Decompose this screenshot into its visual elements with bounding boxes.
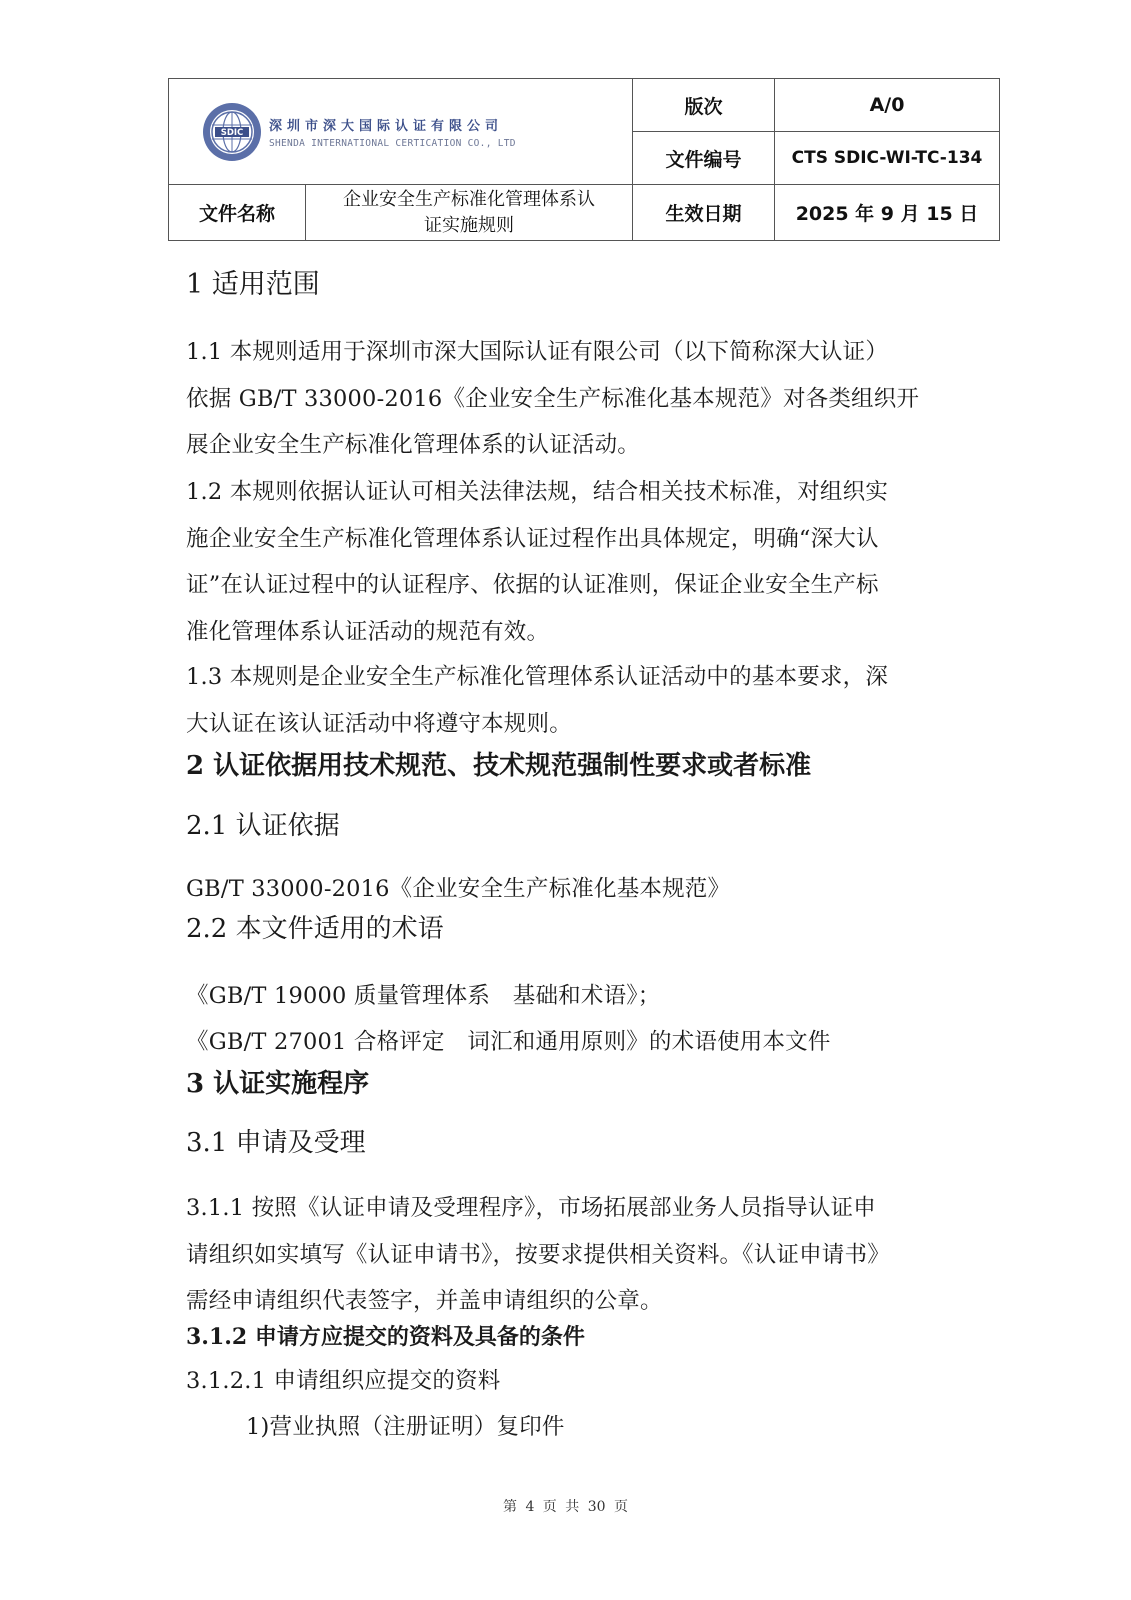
text-line: 证”在认证过程中的认证程序、依据的认证准则，保证企业安全生产标 [186, 562, 986, 609]
text-line: 准化管理体系认证活动的规范有效。 [186, 609, 986, 656]
section-3-1-heading: 3.1 申请及受理 [186, 1122, 986, 1159]
doc-name-value: 企业安全生产标准化管理体系认 证实施规则 [306, 185, 633, 241]
version-label: 版次 [633, 79, 775, 132]
section-1-heading: 1 适用范围 [186, 262, 986, 301]
doc-name-line-1: 企业安全生产标准化管理体系认 [306, 187, 632, 213]
section-2-heading: 2 认证依据用技术规范、技术规范强制性要求或者标准 [186, 745, 986, 782]
paragraph-1-3: 1.3 本规则是企业安全生产标准化管理体系认证活动中的基本要求，深 大认证在该认… [186, 654, 986, 747]
paragraph-1-2: 1.2 本规则依据认证认可相关法律法规，结合相关技术标准，对组织实 施企业安全生… [186, 469, 986, 655]
globe-emblem-icon: SDIC [201, 101, 263, 163]
text-line: 1.3 本规则是企业安全生产标准化管理体系认证活动中的基本要求，深 [186, 654, 986, 701]
version-value: A/0 [775, 79, 1000, 132]
effective-date-label: 生效日期 [633, 185, 775, 241]
section-3-1-2-1-text: 3.1.2.1 申请组织应提交的资料 [186, 1358, 986, 1405]
text-line: 施企业安全生产标准化管理体系认证过程作出具体规定，明确“深大认 [186, 516, 986, 563]
text-line: 1.2 本规则依据认证认可相关法律法规，结合相关技术标准，对组织实 [186, 469, 986, 516]
effective-date-value: 2025 年 9 月 15 日 [775, 185, 1000, 241]
doc-name-label: 文件名称 [169, 185, 306, 241]
text-line: 需经申请组织代表签字，并盖申请组织的公章。 [186, 1278, 986, 1325]
company-logo-cell: SDIC 深圳市深大国际认证有限公司 SHENDA INTERNATIONAL … [169, 79, 633, 185]
term-reference-1: 《GB/T 19000 质量管理体系 基础和术语》； [186, 973, 986, 1020]
doc-number-label: 文件编号 [633, 132, 775, 185]
paragraph-3-1-1: 3.1.1 按照《认证申请及受理程序》，市场拓展部业务人员指导认证申 请组织如实… [186, 1185, 986, 1325]
company-name-en: SHENDA INTERNATIONAL CERTICATION CO., LT… [269, 138, 516, 149]
section-2-1-text: GB/T 33000-2016《企业安全生产标准化基本规范》 [186, 866, 986, 913]
paragraph-1-1: 1.1 本规则适用于深圳市深大国际认证有限公司（以下简称深大认证） 依据 GB/… [186, 329, 986, 469]
term-reference-2: 《GB/T 27001 合格评定 词汇和通用原则》的术语使用本文件 [186, 1019, 986, 1066]
company-name-cn: 深圳市深大国际认证有限公司 [269, 115, 516, 134]
text-line: 大认证在该认证活动中将遵守本规则。 [186, 701, 986, 748]
section-2-1-heading: 2.1 认证依据 [186, 805, 986, 842]
company-logo: SDIC 深圳市深大国际认证有限公司 SHENDA INTERNATIONAL … [169, 101, 632, 163]
text-line: 3.1.1 按照《认证申请及受理程序》，市场拓展部业务人员指导认证申 [186, 1185, 986, 1232]
section-3-1-2-heading: 3.1.2 申请方应提交的资料及具备的条件 [186, 1320, 986, 1351]
text-line: 依据 GB/T 33000-2016《企业安全生产标准化基本规范》对各类组织开 [186, 376, 986, 423]
section-3-heading: 3 认证实施程序 [186, 1063, 986, 1100]
doc-number-value: CTS SDIC-WI-TC-134 [775, 132, 1000, 185]
svg-text:SDIC: SDIC [221, 128, 244, 138]
text-line: 1.1 本规则适用于深圳市深大国际认证有限公司（以下简称深大认证） [186, 329, 986, 376]
section-2-2-heading: 2.2 本文件适用的术语 [186, 908, 986, 945]
text-line: 请组织如实填写《认证申请书》，按要求提供相关资料。《认证申请书》 [186, 1232, 986, 1279]
list-item-1: 1)营业执照（注册证明）复印件 [246, 1404, 1046, 1451]
doc-name-line-2: 证实施规则 [306, 213, 632, 239]
text-line: 展企业安全生产标准化管理体系的认证活动。 [186, 422, 986, 469]
document-header-table: SDIC 深圳市深大国际认证有限公司 SHENDA INTERNATIONAL … [168, 78, 1000, 241]
page-number-footer: 第 4 页 共 30 页 [0, 1496, 1131, 1516]
